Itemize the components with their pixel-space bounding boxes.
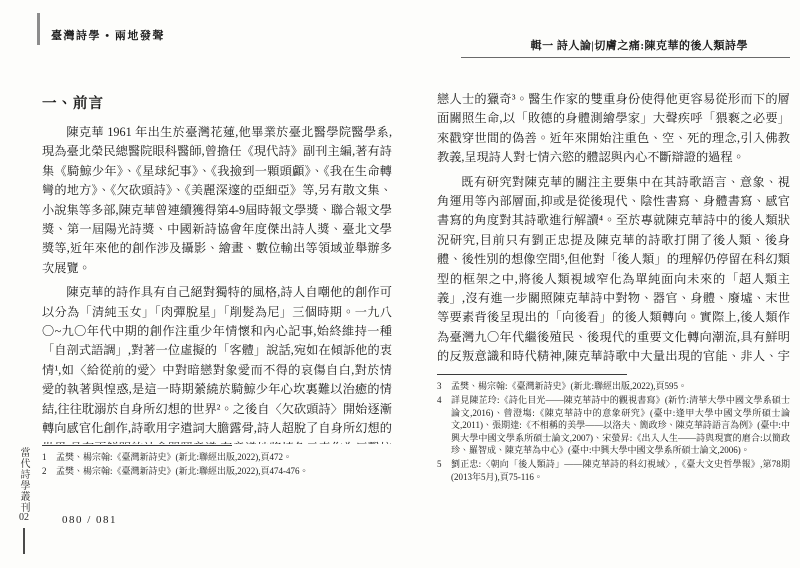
footnote-text: 孟樊、楊宗翰:《臺灣新詩史》(新北:聯經出版,2022),頁595。	[451, 380, 790, 392]
running-header-left-text: 臺灣詩學 • 兩地發聲	[51, 27, 165, 45]
footnote-number: 3	[437, 380, 451, 392]
footnote-number: 2	[42, 465, 56, 477]
footnote-separator-rule	[437, 374, 627, 375]
footnote-row: 4 詳見陳芷玲:《詩化目光——陳克華詩中的觀視書寫》(新竹:清華大學中國文學系碩…	[437, 394, 790, 456]
running-header-left: 臺灣詩學 • 兩地發聲	[37, 13, 165, 45]
footnote-row: 3 孟樊、楊宗翰:《臺灣新詩史》(新北:聯經出版,2022),頁595。	[437, 380, 790, 392]
left-page-body: 一、前言 陳克華 1961 年出生於臺灣花蓮,他畢業於臺北醫學院醫學系,現為臺北…	[42, 92, 392, 444]
section-heading: 一、前言	[42, 92, 392, 113]
left-paragraph-1: 陳克華 1961 年出生於臺灣花蓮,他畢業於臺北醫學院醫學系,現為臺北榮民總醫院…	[42, 123, 392, 278]
page-numbers: 080 / 081	[62, 514, 117, 526]
right-paragraph-2: 既有研究對陳克華的關注主要集中在其詩歌語言、意象、視角運用等內部層面,抑或是從後…	[437, 173, 790, 366]
footnote-row: 5 劉正忠:〈朝向「後人類詩」——陳克華詩的科幻視域〉,《臺大文史哲學報》,第7…	[437, 458, 790, 483]
footnote-text: 孟樊、楊宗翰:《臺灣新詩史》(新北:聯經出版,2022),頁472。	[56, 451, 392, 463]
spine-decoration-line	[23, 528, 25, 554]
footnote-row: 1 孟樊、楊宗翰:《臺灣新詩史》(新北:聯經出版,2022),頁472。	[42, 451, 392, 463]
right-page-body: 戀人士的獵奇³。醫生作家的雙重身份使得他更容易從形而下的層面關照生命,以「敗德的…	[437, 90, 790, 366]
footnote-number: 4	[437, 394, 451, 456]
right-paragraph-1-continuation: 戀人士的獵奇³。醫生作家的雙重身份使得他更容易從形而下的層面關照生命,以「敗德的…	[437, 90, 790, 168]
series-title-vertical: 當代詩學叢刊	[16, 447, 31, 513]
footnote-text: 劉正忠:〈朝向「後人類詩」——陳克華詩的科幻視域〉,《臺大文史哲學報》,第78期…	[451, 458, 790, 483]
footnote-number: 1	[42, 451, 56, 463]
left-paragraph-2: 陳克華的詩作具有自己絕對獨特的風格,詩人自嘲他的創作可以分為「清純玉女」「肉彈脫…	[42, 283, 392, 444]
running-header-right: 輯一 詩人論|切膚之痛:陳克華的後人類詩學	[461, 37, 790, 58]
right-page-footnotes: 3 孟樊、楊宗翰:《臺灣新詩史》(新北:聯經出版,2022),頁595。 4 詳…	[437, 374, 790, 485]
footnote-text: 孟樊、楊宗翰:《臺灣新詩史》(新北:聯經出版,2022),頁474-476。	[56, 465, 392, 477]
book-spread: 臺灣詩學 • 兩地發聲 輯一 詩人論|切膚之痛:陳克華的後人類詩學 一、前言 陳…	[0, 0, 800, 568]
header-accent-bar	[37, 13, 40, 45]
footnote-separator-rule	[42, 445, 232, 446]
footnote-text: 詳見陳芷玲:《詩化目光——陳克華詩中的觀視書寫》(新竹:清華大學中國文學系碩士論…	[451, 394, 790, 456]
footnote-number: 5	[437, 458, 451, 483]
footnote-row: 2 孟樊、楊宗翰:《臺灣新詩史》(新北:聯經出版,2022),頁474-476。	[42, 465, 392, 477]
series-number: 02	[16, 512, 32, 523]
left-page-footnotes: 1 孟樊、楊宗翰:《臺灣新詩史》(新北:聯經出版,2022),頁472。 2 孟…	[42, 445, 392, 480]
